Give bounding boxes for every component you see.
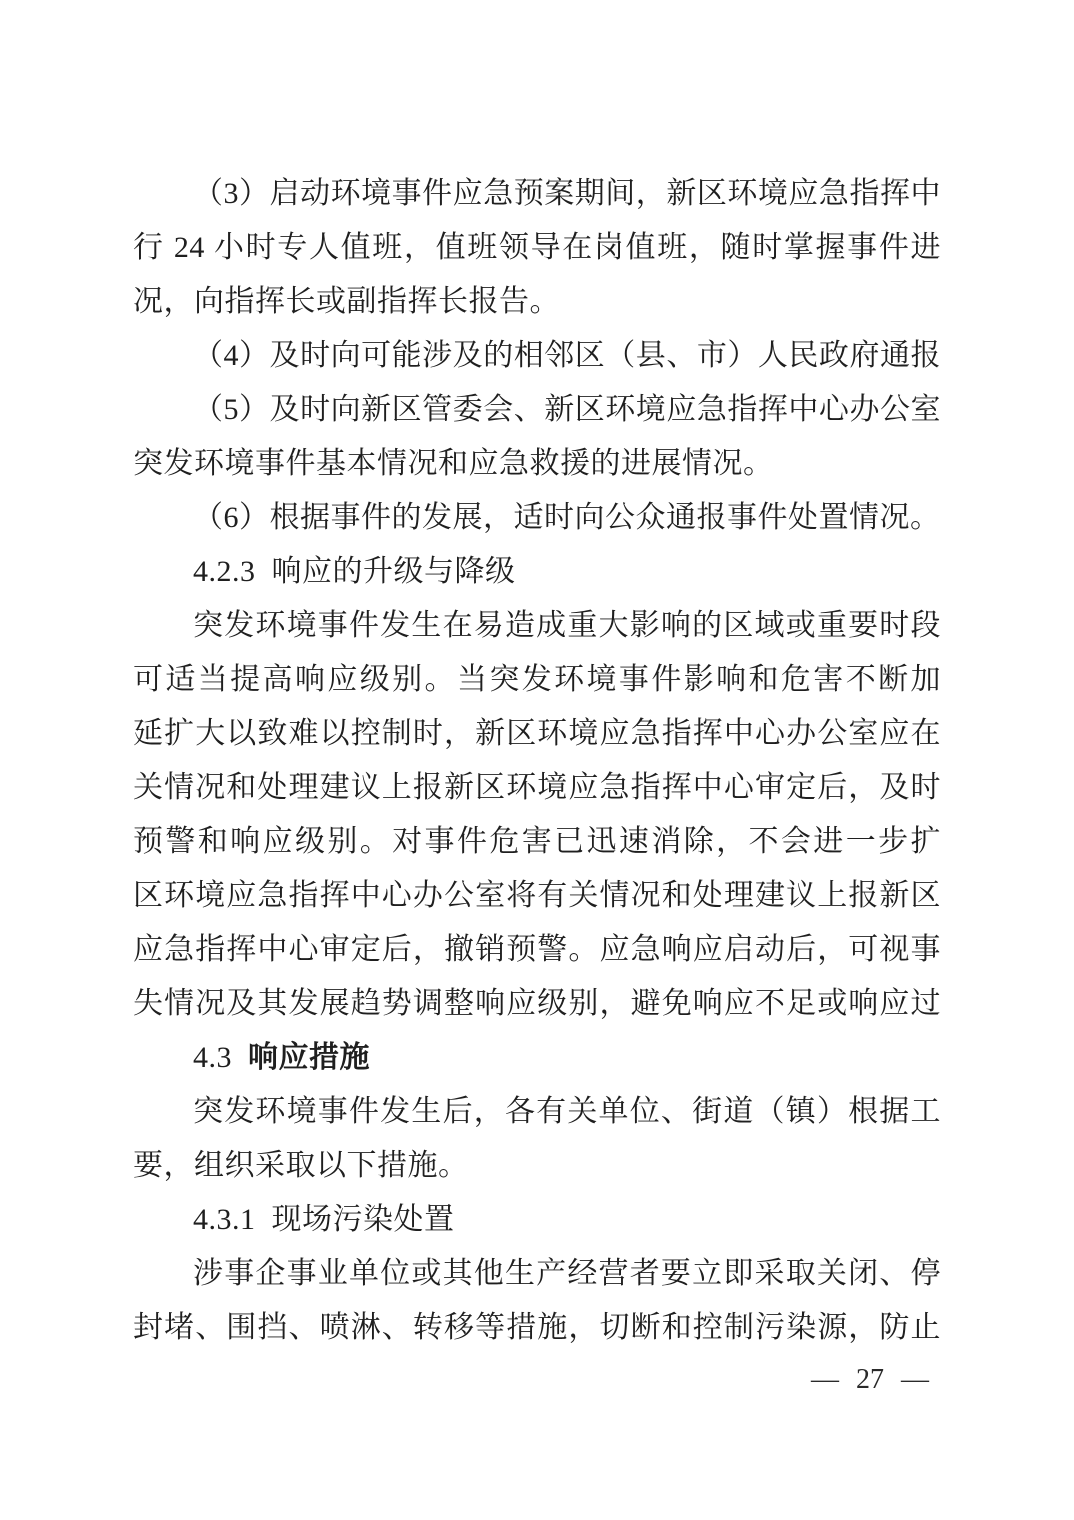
paragraph-line: 封堵、围挡、喷淋、转移等措施，切断和控制污染源，防止污染	[133, 1301, 941, 1355]
paragraph-line: （3）启动环境事件应急预案期间，新区环境应急指挥中心实	[133, 167, 941, 221]
paragraph-line: 突发环境事件发生后，各有关单位、街道（镇）根据工作需	[133, 1085, 941, 1139]
heading-line-4-2-3: 4.2.3 响应的升级与降级	[133, 545, 941, 599]
document-page: （3）启动环境事件应急预案期间，新区环境应急指挥中心实行 24 小时专人值班，值…	[0, 0, 1074, 1520]
document-lines: （3）启动环境事件应急预案期间，新区环境应急指挥中心实行 24 小时专人值班，值…	[133, 167, 941, 1355]
paragraph-line: 突发环境事件基本情况和应急救援的进展情况。	[133, 437, 941, 491]
paragraph-line: 要，组织采取以下措施。	[133, 1139, 941, 1193]
heading-line-4-3-1: 4.3.1 现场污染处置	[133, 1193, 941, 1247]
paragraph-line: 失情况及其发展趋势调整响应级别，避免响应不足或响应过度。	[133, 977, 941, 1031]
heading-number-text: 4.3	[193, 1041, 248, 1074]
heading-line-4-3: 4.3 响应措施	[133, 1031, 941, 1085]
paragraph-line: （4）及时向可能涉及的相邻区（县、市）人民政府通报情况。	[133, 329, 941, 383]
paragraph-line: 延扩大以致难以控制时，新区环境应急指挥中心办公室应在将有	[133, 707, 941, 761]
paragraph-line: 可适当提高响应级别。当突发环境事件影响和危害不断加重，蔓	[133, 653, 941, 707]
paragraph-line: 涉事企事业单位或其他生产经营者要立即采取关闭、停产、	[133, 1247, 941, 1301]
paragraph-line: 预警和响应级别。对事件危害已迅速消除，不会进一步扩散，新	[133, 815, 941, 869]
paragraph-line: （6）根据事件的发展，适时向公众通报事件处置情况。	[133, 491, 941, 545]
paragraph-line: 关情况和处理建议上报新区环境应急指挥中心审定后，及时提升	[133, 761, 941, 815]
heading-title-text: 响应措施	[248, 1041, 370, 1074]
paragraph-line: 应急指挥中心审定后，撤销预警。应急响应启动后，可视事件损	[133, 923, 941, 977]
paragraph-line: 况，向指挥长或副指挥长报告。	[133, 275, 941, 329]
paragraph-line: 突发环境事件发生在易造成重大影响的区域或重要时段时，	[133, 599, 941, 653]
paragraph-line: （5）及时向新区管委会、新区环境应急指挥中心办公室报告	[133, 383, 941, 437]
paragraph-line: 区环境应急指挥中心办公室将有关情况和处理建议上报新区环境	[133, 869, 941, 923]
page-number: — 27 —	[780, 1360, 960, 1400]
paragraph-line: 行 24 小时专人值班，值班领导在岗值班，随时掌握事件进展情	[133, 221, 941, 275]
